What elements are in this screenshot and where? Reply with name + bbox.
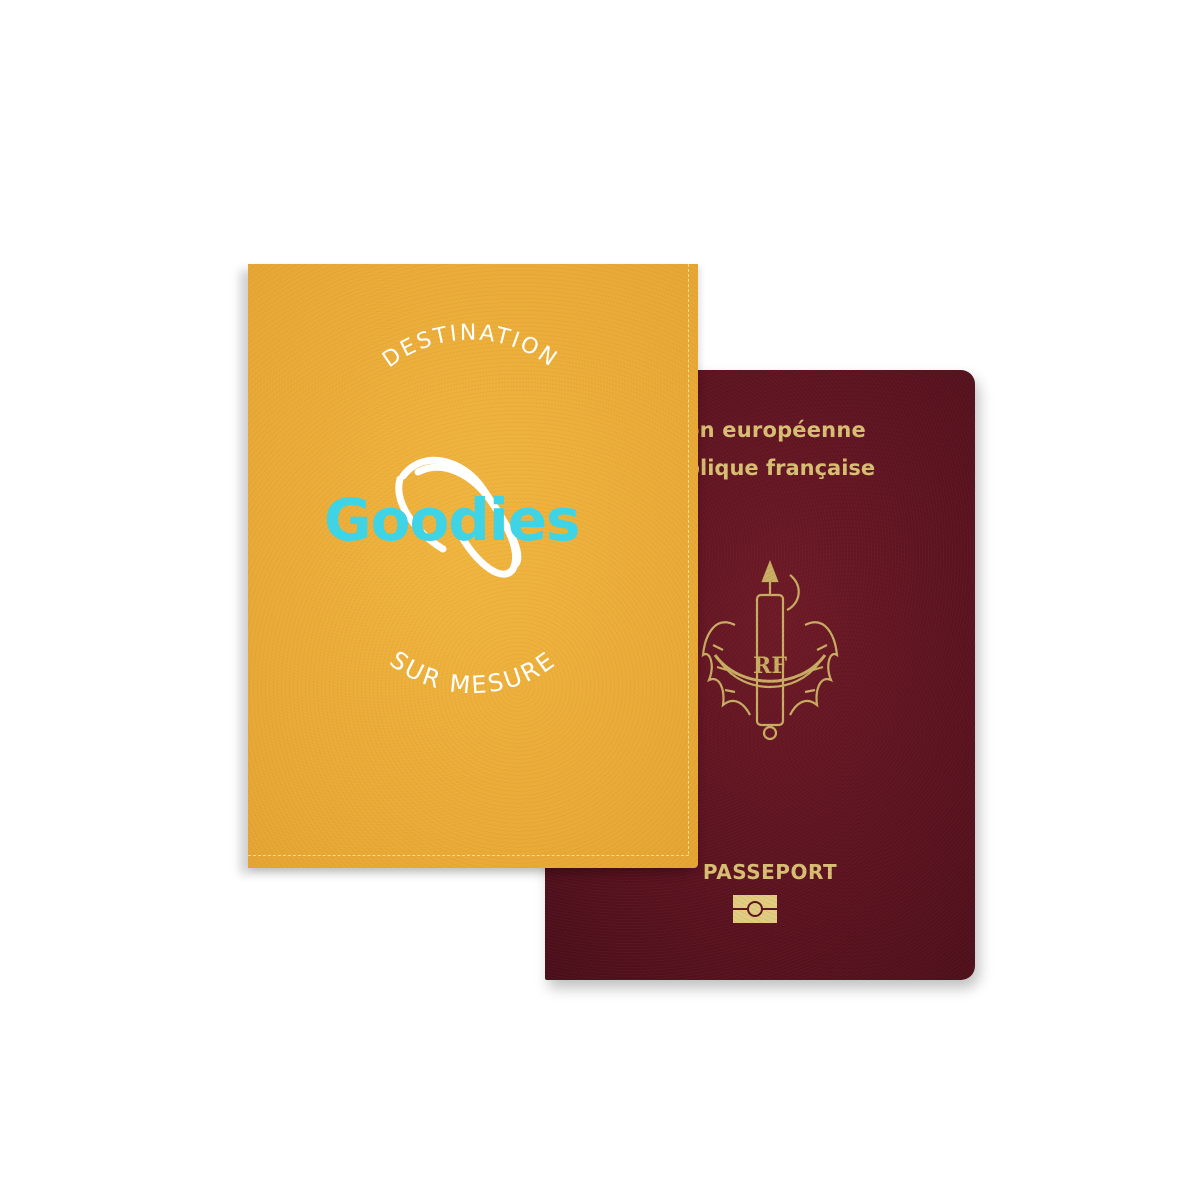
biometric-chip-icon (733, 895, 777, 923)
passport-cover: DESTINATION SUR MESURE Goodies (248, 264, 698, 868)
passport-union-text: on européenne (685, 418, 866, 442)
passport-republic-text: blique française (685, 456, 875, 480)
svg-text:RF: RF (753, 653, 787, 679)
arc-top-text: DESTINATION (378, 321, 563, 373)
french-coat-of-arms-icon: RF (695, 555, 845, 745)
arc-bottom-text: SUR MESURE (385, 645, 561, 699)
goodies-logo: DESTINATION SUR MESURE Goodies (248, 264, 698, 868)
logo-text: Goodies (324, 486, 580, 554)
